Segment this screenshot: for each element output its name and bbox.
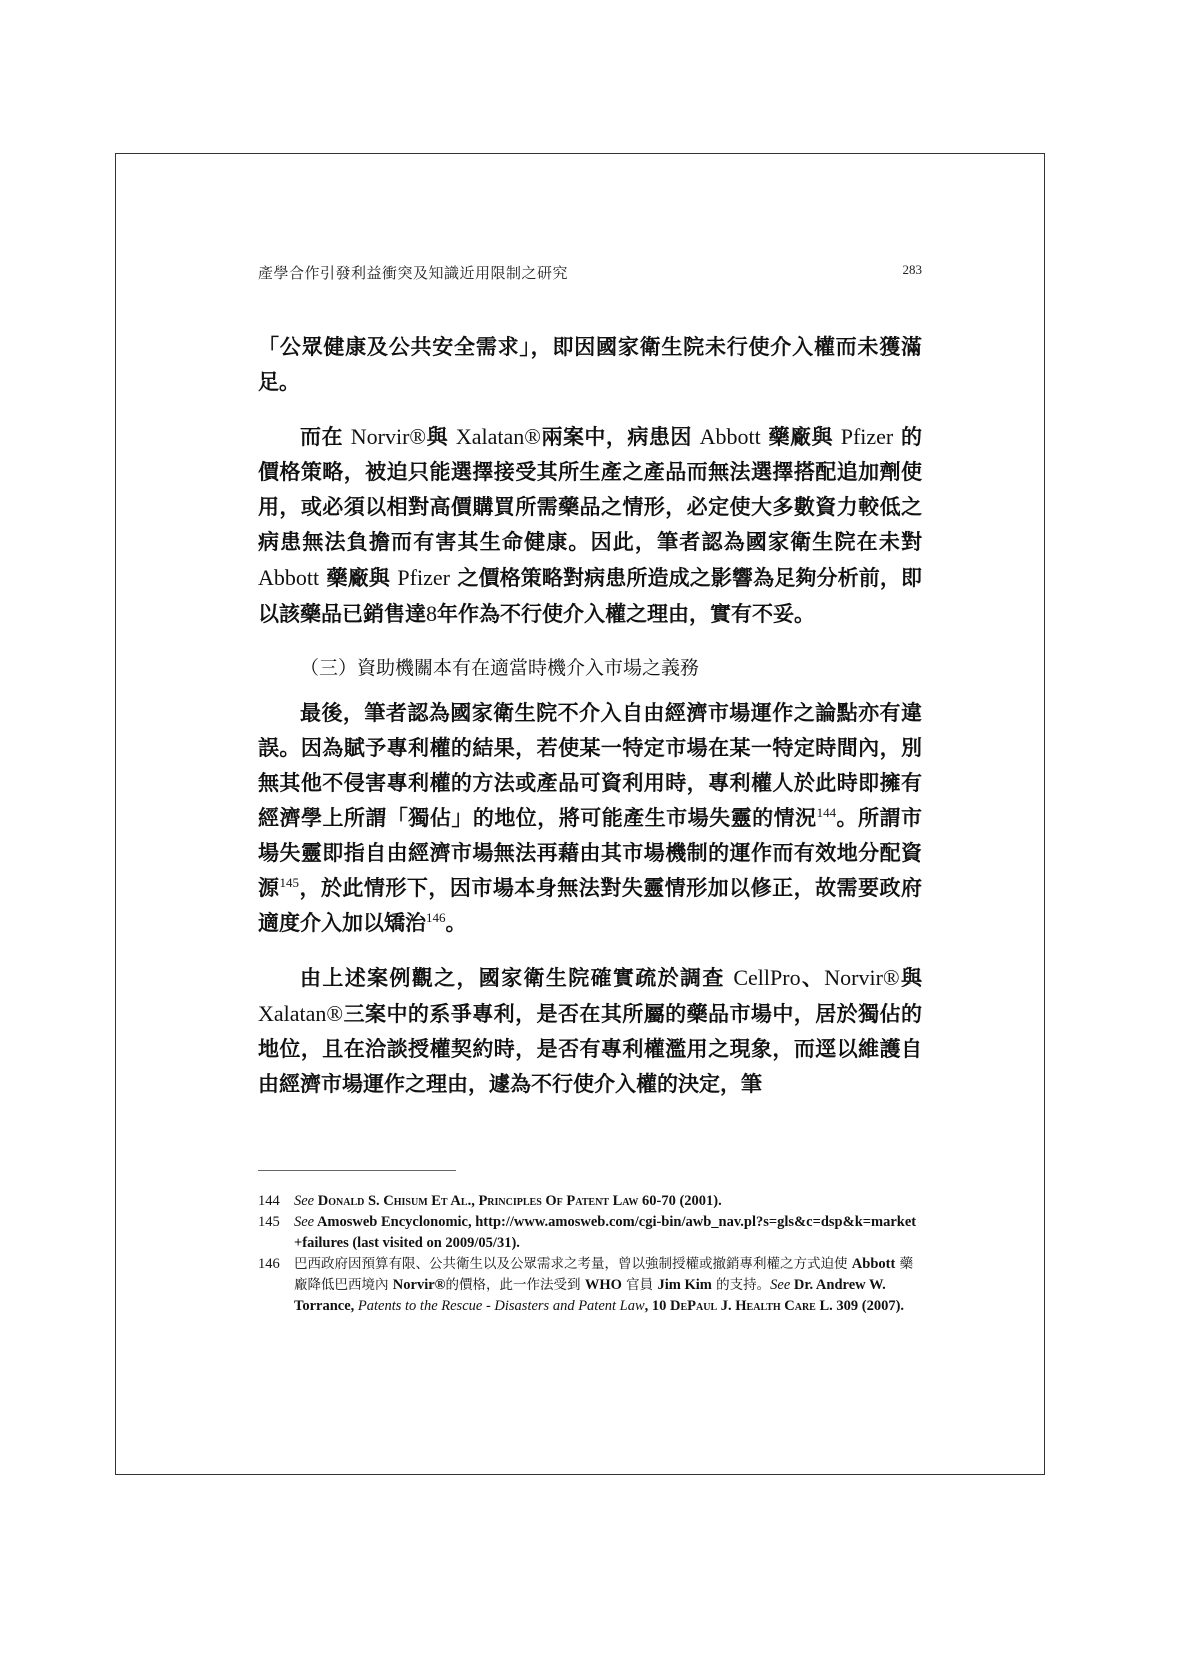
footnote-text: See Amosweb Encyclonomic, http://www.amo…	[294, 1212, 922, 1254]
footnote-text: 巴西政府因預算有限、公共衛生以及公眾需求之考量，曾以強制授權或撤銷專利權之方式迫…	[294, 1254, 922, 1317]
running-header: 產學合作引發利益衝突及知識近用限制之研究 283	[258, 262, 922, 286]
text: 由上述案例觀之，國家衛生院確實疏於調查	[300, 966, 733, 990]
number-eight: 8	[426, 601, 437, 626]
term-pfizer: Pfizer	[841, 424, 894, 449]
citation: Donald S. Chisum Et Al., Principles Of P…	[314, 1193, 722, 1209]
term-pfizer: Pfizer	[397, 565, 450, 590]
footnote-145: 145 See Amosweb Encyclonomic, http://www…	[258, 1212, 922, 1254]
footnote-text: See Donald S. Chisum Et Al., Principles …	[294, 1191, 922, 1212]
text: 的價格，此一作法受到	[446, 1277, 585, 1293]
body-text: 「公眾健康及公共安全需求」，即因國家衛生院未行使介入權而未獲滿足。 而在 Nor…	[258, 330, 922, 1121]
citation-source: , 10 DePaul J. Health Care L. 309 (2007)…	[645, 1298, 904, 1314]
term-abbott: Abbott	[700, 424, 761, 449]
term-xalatan: Xalatan®	[456, 424, 541, 449]
text: 。	[446, 911, 467, 935]
footnote-number: 145	[258, 1212, 294, 1254]
text: 藥廠與	[761, 425, 841, 449]
footnote-divider	[258, 1170, 456, 1171]
footnote-number: 144	[258, 1191, 294, 1212]
text: 官員	[622, 1277, 658, 1293]
term-abbott: Abbott	[258, 565, 319, 590]
text: 而在	[300, 425, 351, 449]
running-title: 產學合作引發利益衝突及知識近用限制之研究	[258, 262, 568, 283]
term-cellpro: CellPro	[733, 965, 800, 990]
text: 年作為不行使介入權之理由，實有不妥。	[437, 602, 815, 626]
term-abbott: Abbott	[852, 1256, 896, 1272]
footnotes: 144 See Donald S. Chisum Et Al., Princip…	[258, 1191, 922, 1317]
text: 與	[426, 425, 456, 449]
text: 與	[900, 966, 922, 990]
section-subheading: （三）資助機關本有在適當時機介入市場之義務	[258, 651, 922, 686]
footnote-ref-146[interactable]: 146	[426, 910, 446, 925]
paragraph-2: 而在 Norvir®與 Xalatan®兩案中，病患因 Abbott 藥廠與 P…	[258, 419, 922, 632]
term-jim-kim: Jim Kim	[657, 1277, 711, 1293]
footnote-ref-145[interactable]: 145	[279, 875, 299, 890]
footnote-146: 146 巴西政府因預算有限、公共衛生以及公眾需求之考量，曾以強制授權或撤銷專利權…	[258, 1254, 922, 1317]
term-who: WHO	[585, 1277, 622, 1293]
term-norvir: Norvir®	[824, 965, 899, 990]
citation-title: Patents to the Rescue - Disasters and Pa…	[358, 1298, 645, 1314]
text: ，於此情形下，因市場本身無法對失靈情形加以修正，故需要政府適度介入加以矯治	[258, 876, 922, 935]
signal-see: See	[294, 1193, 314, 1209]
text: 藥廠與	[319, 566, 397, 590]
term-norvir: Norvir®	[351, 424, 426, 449]
text: 的支持。	[712, 1277, 770, 1293]
signal-see: See	[294, 1214, 314, 1230]
text: 兩案中，病患因	[541, 425, 700, 449]
signal-see: See	[770, 1277, 790, 1293]
citation: Amosweb Encyclonomic, http://www.amosweb…	[294, 1214, 916, 1251]
text: 三案中的系爭專利，是否在其所屬的藥品市場中，居於獨佔的地位，且在洽談授權契約時，…	[258, 1002, 922, 1096]
paragraph-1: 「公眾健康及公共安全需求」，即因國家衛生院未行使介入權而未獲滿足。	[258, 330, 922, 400]
text: 、	[801, 966, 825, 990]
text: 巴西政府因預算有限、公共衛生以及公眾需求之考量，曾以強制授權或撤銷專利權之方式迫…	[294, 1256, 852, 1272]
term-norvir: Norvir®	[393, 1277, 446, 1293]
term-xalatan: Xalatan®	[258, 1001, 343, 1026]
footnote-144: 144 See Donald S. Chisum Et Al., Princip…	[258, 1191, 922, 1212]
footnote-ref-144[interactable]: 144	[817, 805, 837, 820]
footnote-number: 146	[258, 1254, 294, 1317]
page-number: 283	[903, 262, 923, 278]
paragraph-3: 最後，筆者認為國家衛生院不介入自由經濟市場運作之論點亦有違誤。因為賦予專利權的結…	[258, 696, 922, 941]
paragraph-4: 由上述案例觀之，國家衛生院確實疏於調查 CellPro、Norvir®與 Xal…	[258, 960, 922, 1102]
